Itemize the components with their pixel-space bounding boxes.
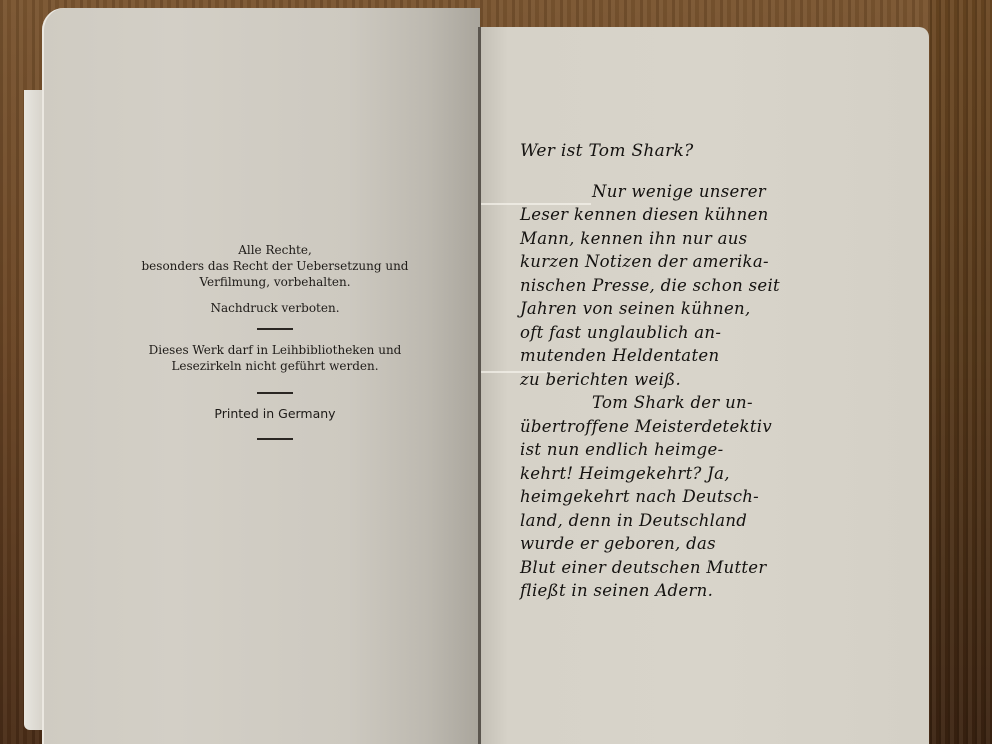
lending-notice: Dieses Werk darf in Leihbibliotheken und — [120, 342, 430, 358]
note-line: mutenden Heldentaten — [520, 344, 840, 368]
lending-notice: Lesezirkeln nicht geführt werden. — [120, 358, 430, 374]
note-line: zu berichten weiß. — [520, 368, 840, 392]
note-title: Wer ist Tom Shark? — [520, 140, 840, 164]
note-line: land, denn in Deutschland — [520, 509, 840, 533]
note-line: Nur wenige unserer — [520, 180, 840, 204]
note-line: nischen Presse, die schon seit — [520, 274, 840, 298]
rights-line: Verfilmung, vorbehalten. — [120, 274, 430, 290]
note-line: kurzen Notizen der amerika- — [520, 250, 840, 274]
note-line: oft fast unglaublich an- — [520, 321, 840, 345]
copyright-imprint: Alle Rechte, besonders das Recht der Ueb… — [120, 242, 430, 452]
note-line: heimgekehrt nach Deutsch- — [520, 485, 840, 509]
note-line: übertroffene Meisterdetektiv — [520, 415, 840, 439]
wooden-table-surface — [930, 0, 992, 744]
printed-in-notice: Printed in Germany — [120, 406, 430, 422]
rights-line: Alle Rechte, — [120, 242, 430, 258]
note-line: Mann, kennen ihn nur aus — [520, 227, 840, 251]
note-line: wurde er geboren, das — [520, 532, 840, 556]
divider — [257, 392, 293, 394]
handwritten-note: Wer ist Tom Shark? Nur wenige unserer Le… — [520, 140, 840, 603]
book-gutter — [478, 27, 481, 744]
note-line: Leser kennen diesen kühnen — [520, 203, 840, 227]
reprint-notice: Nachdruck verboten. — [120, 300, 430, 316]
rights-line: besonders das Recht der Uebersetzung und — [120, 258, 430, 274]
note-line: ist nun endlich heimge- — [520, 438, 840, 462]
note-line: Jahren von seinen kühnen, — [520, 297, 840, 321]
divider — [257, 328, 293, 330]
note-line: kehrt! Heimgekehrt? Ja, — [520, 462, 840, 486]
note-line: Tom Shark der un- — [520, 391, 840, 415]
note-line: Blut einer deutschen Mutter — [520, 556, 840, 580]
note-line: fließt in seinen Adern. — [520, 579, 840, 603]
divider — [257, 438, 293, 440]
